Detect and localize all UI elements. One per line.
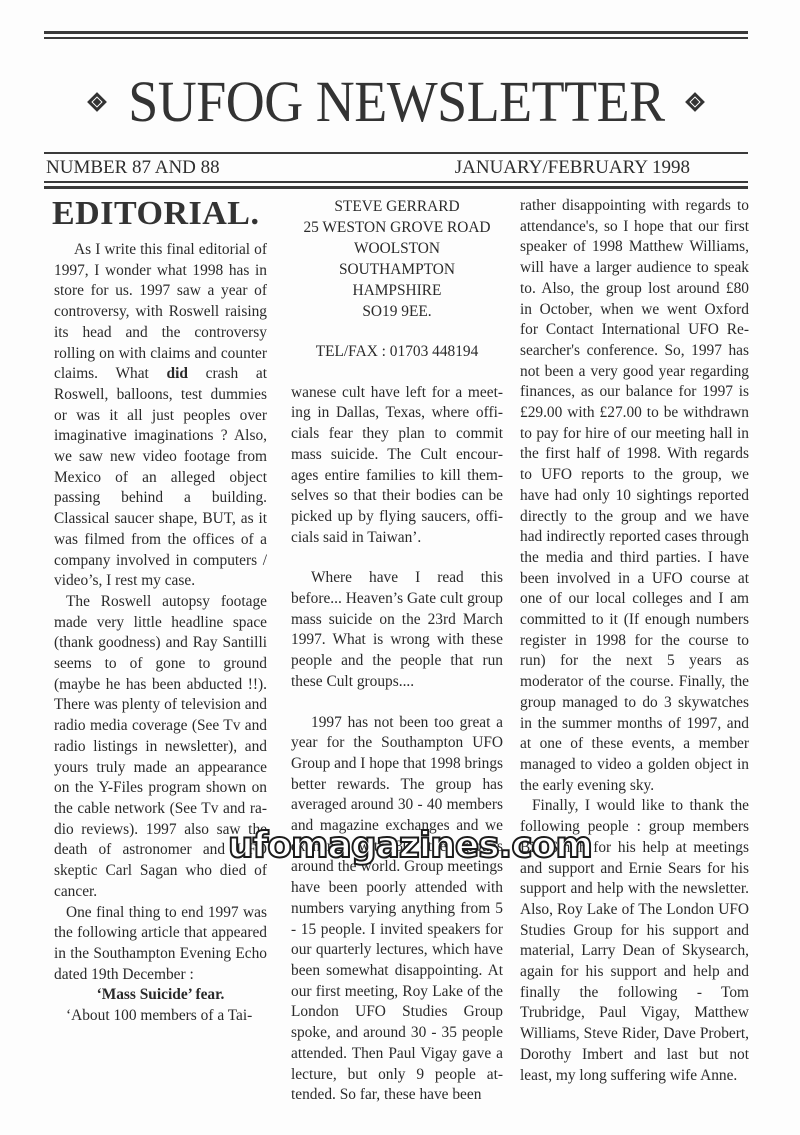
contact-postcode: SO19 9EE.: [291, 301, 503, 322]
contact-district: WOOLSTON: [291, 238, 503, 259]
top-rule-thin: [44, 37, 748, 39]
heavens-gate-paragraph: Where have I read this before... Heaven’…: [291, 568, 503, 692]
top-rule-thick: [44, 31, 748, 34]
editorial-heading: EDITORIAL.: [52, 196, 267, 232]
issue-info-row: NUMBER 87 AND 88 JANUARY/FEBRUARY 1998: [44, 155, 748, 181]
diamond-ornament-icon: [87, 92, 107, 112]
issue-rule-top: [44, 152, 748, 154]
editorial-paragraph-3: One final thing to end 1997 was the foll…: [54, 903, 267, 986]
editorial-paragraph-1: As I write this final editorial of 1997,…: [54, 240, 267, 592]
contact-city: SOUTHAMPTON: [291, 259, 503, 280]
column-right: rather disappointing with regards to att…: [520, 196, 749, 1086]
masthead: SUFOG NEWSLETTER: [44, 60, 748, 144]
article-continuation: wanese cult have left for a meet­ing in …: [291, 383, 503, 549]
diamond-ornament-icon: [686, 92, 706, 112]
contact-street: 25 WESTON GROVE ROAD: [291, 217, 503, 238]
watermark-logo: ufomagazines.com: [228, 828, 592, 864]
issue-rule-mid: [44, 181, 748, 183]
issue-rule-bottom: [44, 186, 748, 189]
issue-date: JANUARY/FEBRUARY 1998: [455, 157, 690, 179]
contact-county: HAMPSHIRE: [291, 280, 503, 301]
contact-address: STEVE GERRARD 25 WESTON GROVE ROAD WOOLS…: [291, 196, 503, 322]
issue-number: NUMBER 87 AND 88: [46, 157, 220, 179]
newsletter-title: SUFOG NEWSLETTER: [128, 73, 664, 131]
year-review-continuation: rather disappointing with regards to att…: [520, 196, 749, 796]
contact-tel-fax: TEL/FAX : 01703 448194: [291, 342, 503, 363]
year-review-paragraph: 1997 has not been too great a year for t…: [291, 713, 503, 1106]
article-headline: ‘Mass Suicide’ fear.: [54, 985, 267, 1006]
article-start: ‘About 100 members of a Tai-: [54, 1006, 267, 1027]
contact-name: STEVE GERRARD: [291, 196, 503, 217]
column-middle: STEVE GERRARD 25 WESTON GROVE ROAD WOOLS…: [291, 196, 503, 1106]
column-editorial: EDITORIAL. As I write this final editori…: [54, 196, 267, 1027]
